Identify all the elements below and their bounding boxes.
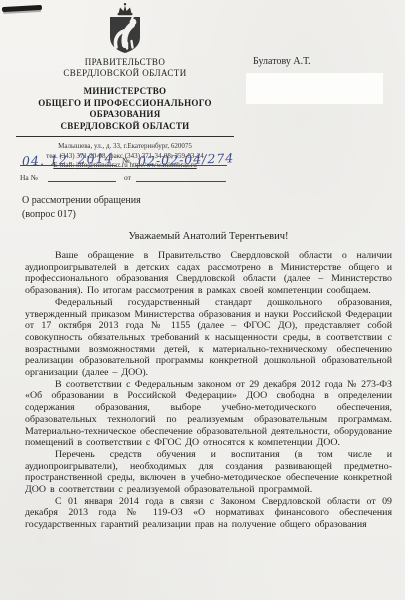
incoming-reference-row: На № от — [20, 170, 230, 184]
subject-line-1: О рассмотрении обращения — [22, 194, 141, 208]
letterhead-divider — [16, 136, 234, 137]
government-line: СВЕРДЛОВСКОЙ ОБЛАСТИ — [16, 68, 234, 79]
salutation: Уважаемый Анатолий Терентьевич! — [25, 231, 392, 242]
outgoing-reference-row: 04. 12. 2014 № 02-02-04/274 — [20, 150, 230, 168]
ministry-line: ОБРАЗОВАНИЯ — [16, 109, 234, 121]
scanned-letter-page: ПРАВИТЕЛЬСТВО СВЕРДЛОВСКОЙ ОБЛАСТИ МИНИС… — [0, 0, 405, 600]
letter-body: Уважаемый Анатолий Терентьевич! Ваше обр… — [25, 231, 392, 531]
outgoing-date-handwritten: 04. 12. 2014 — [22, 150, 114, 168]
body-paragraph: Ваше обращение в Правительство Свердловс… — [25, 250, 392, 297]
body-paragraph: С 01 января 2014 года в связи с Законом … — [25, 496, 392, 531]
coat-of-arms-icon — [101, 2, 149, 54]
reference-block: 04. 12. 2014 № 02-02-04/274 На № от — [20, 150, 230, 184]
ministry-line: СВЕРДЛОВСКОЙ ОБЛАСТИ — [16, 121, 234, 133]
letterhead: ПРАВИТЕЛЬСТВО СВЕРДЛОВСКОЙ ОБЛАСТИ МИНИС… — [16, 2, 234, 171]
subject-line-2: (вопрос 017) — [22, 208, 141, 222]
ministry-line: МИНИСТЕРСТВО — [16, 86, 234, 98]
subject-block: О рассмотрении обращения (вопрос 017) — [22, 194, 141, 222]
number-sign: № — [122, 156, 130, 165]
body-paragraph: В соответствии с Федеральным законом от … — [25, 379, 392, 449]
ministry-line: ОБЩЕГО И ПРОФЕССИОНАЛЬНОГО — [16, 98, 234, 110]
government-line: ПРАВИТЕЛЬСТВО — [16, 57, 234, 68]
incoming-number-blank — [48, 171, 116, 182]
incoming-ref-label: На № — [20, 173, 38, 182]
government-name: ПРАВИТЕЛЬСТВО СВЕРДЛОВСКОЙ ОБЛАСТИ — [16, 57, 234, 79]
body-paragraph: Федеральный государственный стандарт дош… — [25, 297, 392, 379]
incoming-date-blank — [136, 171, 226, 182]
incoming-from-label: от — [124, 173, 131, 182]
recipient-name: Булатову А.Т. — [253, 56, 311, 67]
ministry-name: МИНИСТЕРСТВО ОБЩЕГО И ПРОФЕССИОНАЛЬНОГО … — [16, 86, 234, 132]
body-paragraph: Перечень средств обучения и воспитания (… — [25, 449, 392, 496]
redacted-address-area — [246, 73, 383, 104]
